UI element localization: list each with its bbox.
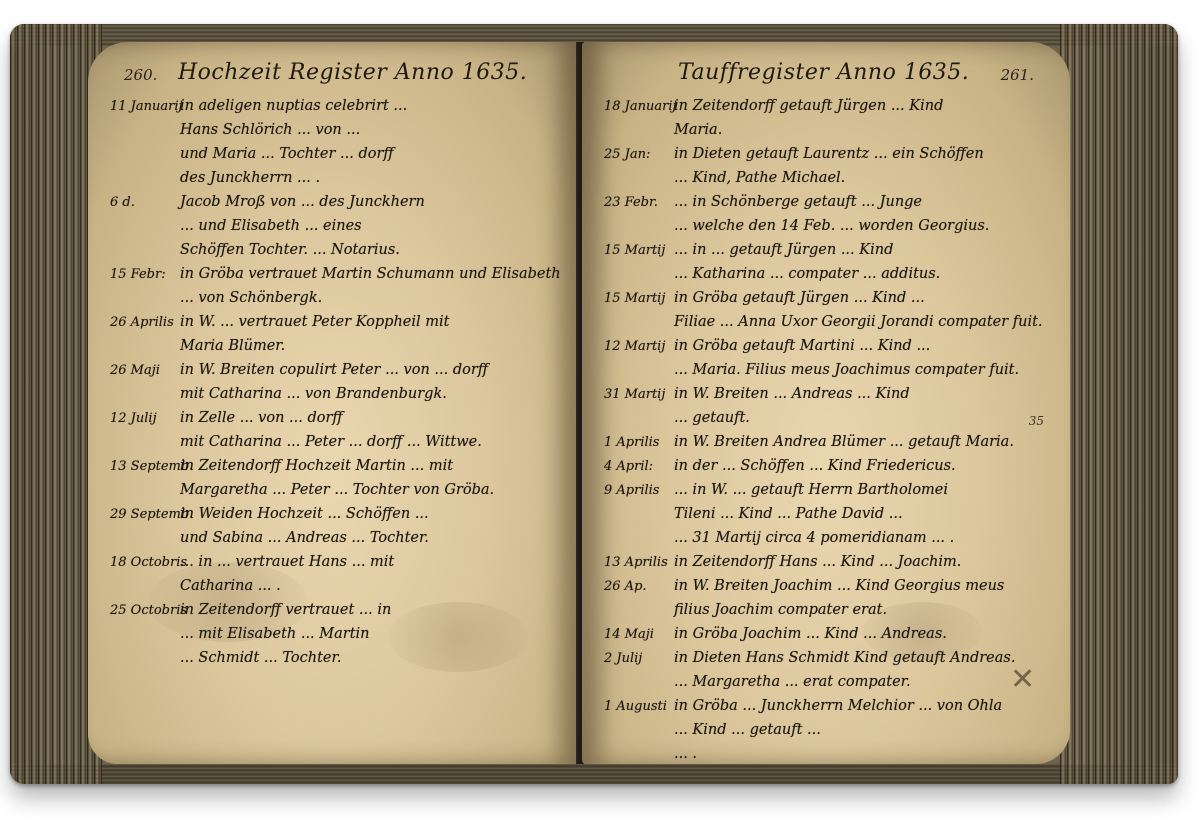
entry-date: 25 Octobris bbox=[110, 599, 180, 622]
entry-text: ... und Elisabeth ... eines bbox=[180, 218, 362, 234]
register-entry: 31 Martijin W. Breiten ... Andreas ... K… bbox=[604, 382, 1052, 406]
register-entry-continuation: Maria. bbox=[604, 118, 1052, 142]
entry-text: ... in ... getauft Jürgen ... Kind bbox=[674, 242, 893, 258]
page-number: 260. bbox=[124, 66, 157, 84]
entry-text: ... Kind ... getauft ... bbox=[674, 722, 821, 738]
register-entry: 29 Septemb.in Weiden Hochzeit ... Schöff… bbox=[110, 502, 560, 526]
entry-date: 26 Maji bbox=[110, 359, 180, 382]
register-entry: 13 Aprilisin Zeitendorff Hans ... Kind .… bbox=[604, 550, 1052, 574]
entry-date: 15 Martij bbox=[604, 287, 674, 310]
entry-text: in Weiden Hochzeit ... Schöffen ... bbox=[180, 506, 429, 522]
register-entry: 11 Januarijin adeligen nuptias celebrirt… bbox=[110, 94, 560, 118]
entry-text: mit Catharina ... Peter ... dorff ... Wi… bbox=[180, 434, 482, 450]
register-entry-continuation: und Maria ... Tochter ... dorff bbox=[110, 142, 560, 166]
entry-date: 13 Aprilis bbox=[604, 551, 674, 574]
entry-text: ... Margaretha ... erat compater. bbox=[674, 674, 911, 690]
entry-text: ... Kind, Pathe Michael. bbox=[674, 170, 845, 186]
entry-text: des Junckherrn ... . bbox=[180, 170, 320, 186]
register-entry: 25 Octobrisin Zeitendorff vertrauet ... … bbox=[110, 598, 560, 622]
entry-date: 14 Maji bbox=[604, 623, 674, 646]
page-number: 261. bbox=[1001, 66, 1034, 84]
entry-text: ... welche den 14 Feb. ... worden Georgi… bbox=[674, 218, 989, 234]
register-entry: 4 April:in der ... Schöffen ... Kind Fri… bbox=[604, 454, 1052, 478]
register-entry-continuation: ... Kind ... getauft ... bbox=[604, 718, 1052, 742]
entry-text: in Zeitendorff Hans ... Kind ... Joachim… bbox=[674, 554, 961, 570]
entry-text: in Gröba ... Junckherrn Melchior ... von… bbox=[674, 698, 1002, 714]
entry-text: in W. Breiten copulirt Peter ... von ...… bbox=[180, 362, 488, 378]
entry-date: 18 Octobris bbox=[110, 551, 180, 574]
entry-text: in Gröba getauft Martini ... Kind ... bbox=[674, 338, 930, 354]
entry-date: 31 Martij bbox=[604, 383, 674, 406]
register-entry-continuation: des Junckherrn ... . bbox=[110, 166, 560, 190]
entry-date: 29 Septemb. bbox=[110, 503, 180, 526]
register-entry-continuation: ... Margaretha ... erat compater. bbox=[604, 670, 1052, 694]
register-entry: 23 Febr.... in Schönberge getauft ... Ju… bbox=[604, 190, 1052, 214]
entry-date: 15 Febr: bbox=[110, 263, 180, 286]
entry-text: in W. Breiten ... Andreas ... Kind bbox=[674, 386, 910, 402]
register-entry-continuation: Hans Schlörich ... von ... bbox=[110, 118, 560, 142]
register-entry: 12 Martijin Gröba getauft Martini ... Ki… bbox=[604, 334, 1052, 358]
entry-text: Filiae ... Anna Uxor Georgii Jorandi com… bbox=[674, 314, 1043, 330]
entry-date: 1 Aprilis bbox=[604, 431, 674, 454]
register-entry-continuation: ... . bbox=[604, 742, 1052, 764]
cross-mark-icon: ✕ bbox=[1010, 662, 1035, 697]
entry-text: ... in ... vertrauet Hans ... mit bbox=[180, 554, 394, 570]
entry-text: in Zeitendorff vertrauet ... in bbox=[180, 602, 391, 618]
entry-date: 6 d. bbox=[110, 191, 180, 214]
register-entry: 18 Octobris... in ... vertrauet Hans ...… bbox=[110, 550, 560, 574]
register-entry: 1 Augustiin Gröba ... Junckherrn Melchio… bbox=[604, 694, 1052, 718]
entry-text: in Zeitendorff getauft Jürgen ... Kind bbox=[674, 98, 943, 114]
entry-date: 12 Julij bbox=[110, 407, 180, 430]
entry-text: in W. Breiten Joachim ... Kind Georgius … bbox=[674, 578, 1004, 594]
entry-text: in W. ... vertrauet Peter Koppheil mit bbox=[180, 314, 449, 330]
register-entry-continuation: ... 31 Martij circa 4 pomeridianam ... . bbox=[604, 526, 1052, 550]
entry-date: 2 Julij bbox=[604, 647, 674, 670]
register-entry: 15 Febr:in Gröba vertrauet Martin Schuma… bbox=[110, 262, 560, 286]
register-entry-continuation: ... getauft. bbox=[604, 406, 1052, 430]
entry-text: ... Katharina ... compater ... additus. bbox=[674, 266, 940, 282]
register-entry-continuation: Maria Blümer. bbox=[110, 334, 560, 358]
register-entry: 26 Ap.in W. Breiten Joachim ... Kind Geo… bbox=[604, 574, 1052, 598]
register-entry-continuation: ... Katharina ... compater ... additus. bbox=[604, 262, 1052, 286]
entry-text: Margaretha ... Peter ... Tochter von Grö… bbox=[180, 482, 494, 498]
entry-text: in Dieten Hans Schmidt Kind getauft Andr… bbox=[674, 650, 1015, 666]
register-entry-continuation: Catharina ... . bbox=[110, 574, 560, 598]
register-entries: 11 Januarijin adeligen nuptias celebrirt… bbox=[110, 94, 560, 670]
entry-text: filius Joachim compater erat. bbox=[674, 602, 887, 618]
register-entry-continuation: mit Catharina ... Peter ... dorff ... Wi… bbox=[110, 430, 560, 454]
entry-text: und Sabina ... Andreas ... Tochter. bbox=[180, 530, 429, 546]
register-entry-continuation: Margaretha ... Peter ... Tochter von Grö… bbox=[110, 478, 560, 502]
entry-text: Hans Schlörich ... von ... bbox=[180, 122, 360, 138]
entry-text: ... Maria. Filius meus Joachimus compate… bbox=[674, 362, 1019, 378]
entry-date: 18 Januarij bbox=[604, 95, 674, 118]
open-book: 260. Hochzeit Register Anno 1635. 11 Jan… bbox=[10, 24, 1178, 784]
entry-text: in Zelle ... von ... dorff bbox=[180, 410, 343, 426]
entry-text: und Maria ... Tochter ... dorff bbox=[180, 146, 394, 162]
page-heading: Tauffregister Anno 1635. bbox=[678, 60, 969, 85]
register-entry-continuation: Schöffen Tochter. ... Notarius. bbox=[110, 238, 560, 262]
page-heading: Hochzeit Register Anno 1635. bbox=[178, 60, 527, 85]
entry-text: in der ... Schöffen ... Kind Friedericus… bbox=[674, 458, 956, 474]
entry-date: 12 Martij bbox=[604, 335, 674, 358]
left-page: 260. Hochzeit Register Anno 1635. 11 Jan… bbox=[88, 42, 578, 764]
entry-date: 1 Augusti bbox=[604, 695, 674, 718]
entry-date: 15 Martij bbox=[604, 239, 674, 262]
entry-date: 9 Aprilis bbox=[604, 479, 674, 502]
register-entry-continuation: ... Kind, Pathe Michael. bbox=[604, 166, 1052, 190]
entry-text: Jacob Mroß von ... des Junckhern bbox=[180, 194, 425, 210]
register-entry-continuation: Tileni ... Kind ... Pathe David ... bbox=[604, 502, 1052, 526]
entry-text: in Dieten getauft Laurentz ... ein Schöf… bbox=[674, 146, 984, 162]
entry-text: ... Schmidt ... Tochter. bbox=[180, 650, 341, 666]
entry-text: ... in W. ... getauft Herrn Bartholomei bbox=[674, 482, 948, 498]
entry-text: in W. Breiten Andrea Blümer ... getauft … bbox=[674, 434, 1014, 450]
register-entry-continuation: ... Schmidt ... Tochter. bbox=[110, 646, 560, 670]
register-entry: 18 Januarijin Zeitendorff getauft Jürgen… bbox=[604, 94, 1052, 118]
right-page-block bbox=[1060, 24, 1178, 784]
margin-note: 35 bbox=[1029, 414, 1044, 428]
entry-date: 26 Ap. bbox=[604, 575, 674, 598]
entry-text: in Gröba Joachim ... Kind ... Andreas. bbox=[674, 626, 947, 642]
entry-date: 13 Septemb. bbox=[110, 455, 180, 478]
entry-text: Catharina ... . bbox=[180, 578, 281, 594]
entry-text: ... . bbox=[674, 746, 697, 762]
entry-date: 11 Januarij bbox=[110, 95, 180, 118]
register-entry-continuation: filius Joachim compater erat. bbox=[604, 598, 1052, 622]
entry-text: ... in Schönberge getauft ... Junge bbox=[674, 194, 922, 210]
register-entry-continuation: mit Catharina ... von Brandenburgk. bbox=[110, 382, 560, 406]
entry-text: in adeligen nuptias celebrirt ... bbox=[180, 98, 407, 114]
register-entry-continuation: Filiae ... Anna Uxor Georgii Jorandi com… bbox=[604, 310, 1052, 334]
register-entry: 9 Aprilis... in W. ... getauft Herrn Bar… bbox=[604, 478, 1052, 502]
register-entry: 2 Julijin Dieten Hans Schmidt Kind getau… bbox=[604, 646, 1052, 670]
register-entry: 15 Martijin Gröba getauft Jürgen ... Kin… bbox=[604, 286, 1052, 310]
register-entry-continuation: ... Maria. Filius meus Joachimus compate… bbox=[604, 358, 1052, 382]
register-entries: 18 Januarijin Zeitendorff getauft Jürgen… bbox=[604, 94, 1052, 764]
register-entry-continuation: und Sabina ... Andreas ... Tochter. bbox=[110, 526, 560, 550]
register-entry: 26 Aprilisin W. ... vertrauet Peter Kopp… bbox=[110, 310, 560, 334]
register-entry: 12 Julijin Zelle ... von ... dorff bbox=[110, 406, 560, 430]
entry-text: ... mit Elisabeth ... Martin bbox=[180, 626, 370, 642]
entry-date: 4 April: bbox=[604, 455, 674, 478]
entry-text: Tileni ... Kind ... Pathe David ... bbox=[674, 506, 903, 522]
entry-text: ... von Schönbergk. bbox=[180, 290, 322, 306]
entry-text: in Zeitendorff Hochzeit Martin ... mit bbox=[180, 458, 453, 474]
entry-text: ... getauft. bbox=[674, 410, 750, 426]
register-entry: 26 Majiin W. Breiten copulirt Peter ... … bbox=[110, 358, 560, 382]
entry-date: 25 Jan: bbox=[604, 143, 674, 166]
register-entry: 1 Aprilisin W. Breiten Andrea Blümer ...… bbox=[604, 430, 1052, 454]
book-photo: 260. Hochzeit Register Anno 1635. 11 Jan… bbox=[0, 0, 1200, 821]
right-page: 261. Tauffregister Anno 1635. 18 Januari… bbox=[582, 42, 1070, 764]
register-entry-continuation: ... und Elisabeth ... eines bbox=[110, 214, 560, 238]
entry-text: in Gröba vertrauet Martin Schumann und E… bbox=[180, 266, 560, 282]
entry-text: Maria. bbox=[674, 122, 722, 138]
entry-text: ... 31 Martij circa 4 pomeridianam ... . bbox=[674, 530, 954, 546]
register-entry-continuation: ... welche den 14 Feb. ... worden Georgi… bbox=[604, 214, 1052, 238]
entry-text: Maria Blümer. bbox=[180, 338, 285, 354]
register-entry: 15 Martij... in ... getauft Jürgen ... K… bbox=[604, 238, 1052, 262]
book-bottom-edge bbox=[10, 764, 1178, 784]
entry-text: mit Catharina ... von Brandenburgk. bbox=[180, 386, 447, 402]
entry-date: 23 Febr. bbox=[604, 191, 674, 214]
register-entry-continuation: ... mit Elisabeth ... Martin bbox=[110, 622, 560, 646]
entry-text: in Gröba getauft Jürgen ... Kind ... bbox=[674, 290, 925, 306]
register-entry: 25 Jan:in Dieten getauft Laurentz ... ei… bbox=[604, 142, 1052, 166]
register-entry: 6 d.Jacob Mroß von ... des Junckhern bbox=[110, 190, 560, 214]
entry-date: 26 Aprilis bbox=[110, 311, 180, 334]
register-entry: 13 Septemb.in Zeitendorff Hochzeit Marti… bbox=[110, 454, 560, 478]
register-entry-continuation: ... von Schönbergk. bbox=[110, 286, 560, 310]
entry-text: Schöffen Tochter. ... Notarius. bbox=[180, 242, 400, 258]
register-entry: 14 Majiin Gröba Joachim ... Kind ... And… bbox=[604, 622, 1052, 646]
